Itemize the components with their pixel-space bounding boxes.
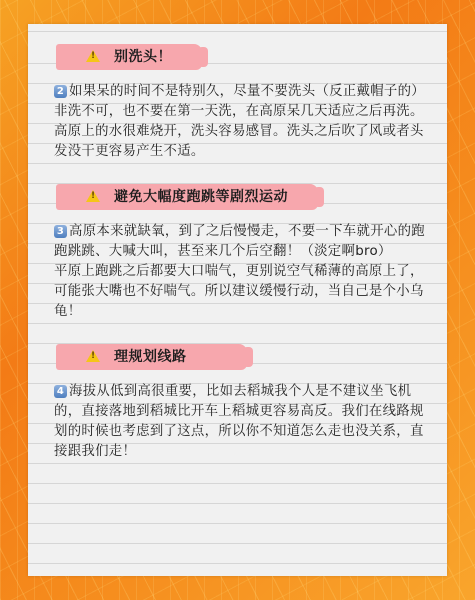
paragraph: 4海拔从低到高很重要，比如去稻城我个人是不建议坐飞机的，直接落地到稻城比开车上稻… (54, 382, 426, 462)
heading-text: 避免大幅度跑跳等剧烈运动 (114, 189, 288, 205)
number-3-icon: 3 (54, 225, 67, 238)
number-4-icon: 4 (54, 385, 67, 398)
heading-text: 别洗头！ (114, 49, 172, 65)
paragraph-text: 高原本来就缺氧，到了之后慢慢走，不要一下车就开心的跑跑跳跳、大喊大叫，甚至来几个… (54, 224, 425, 259)
notepaper-card: 别洗头！ 2如果呆的时间不是特别久，尽量不要洗头（反正戴帽子的） 非洗不可，也不… (28, 24, 447, 576)
paragraph-text: 海拔从低到高很重要，比如去稻城我个人是不建议坐飞机的，直接落地到稻城比开车上稻城… (54, 384, 424, 459)
paragraph: 非洗不可，也不要在第一天洗，在高原呆几天适应之后再洗。高原上的水很难烧开，洗头容… (54, 102, 426, 162)
section-no-hair-wash: 别洗头！ 2如果呆的时间不是特别久，尽量不要洗头（反正戴帽子的） 非洗不可，也不… (54, 42, 426, 162)
heading-text: 理规划线路 (114, 349, 187, 365)
warning-icon (86, 190, 100, 202)
warning-icon (86, 50, 100, 62)
paragraph-text: 如果呆的时间不是特别久，尽量不要洗头（反正戴帽子的） (69, 84, 425, 99)
content: 别洗头！ 2如果呆的时间不是特别久，尽量不要洗头（反正戴帽子的） 非洗不可，也不… (54, 42, 426, 462)
warning-icon (86, 350, 100, 362)
paragraph: 平原上跑跳之后都要大口喘气，更别说空气稀薄的高原上了，可能张大嘴也不好喘气。所以… (54, 262, 426, 322)
section-route-planning: 理规划线路 4海拔从低到高很重要，比如去稻城我个人是不建议坐飞机的，直接落地到稻… (54, 344, 426, 462)
section-heading: 理规划线路 (56, 344, 247, 370)
paragraph: 2如果呆的时间不是特别久，尽量不要洗头（反正戴帽子的） (54, 82, 426, 102)
section-heading: 避免大幅度跑跳等剧烈运动 (56, 184, 318, 210)
section-avoid-exercise: 避免大幅度跑跳等剧烈运动 3高原本来就缺氧，到了之后慢慢走，不要一下车就开心的跑… (54, 184, 426, 322)
section-heading: 别洗头！ (56, 44, 202, 70)
paragraph: 3高原本来就缺氧，到了之后慢慢走，不要一下车就开心的跑跑跳跳、大喊大叫，甚至来几… (54, 222, 426, 262)
number-2-icon: 2 (54, 85, 67, 98)
